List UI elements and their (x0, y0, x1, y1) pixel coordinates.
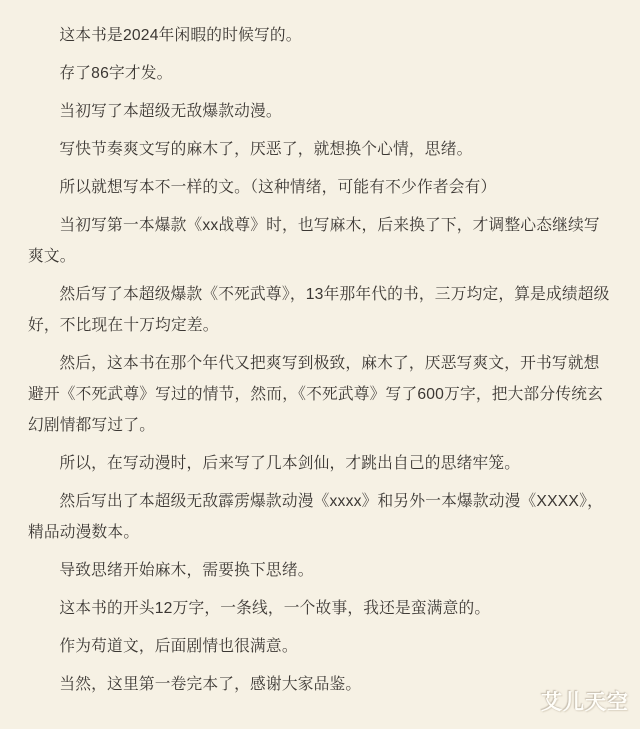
paragraph: 当然，这里第一卷完本了，感谢大家品鉴。 (28, 669, 612, 700)
paragraph: 这本书的开头12万字，一条线，一个故事，我还是蛮满意的。 (28, 593, 612, 624)
paragraph: 所以就想写本不一样的文。（这种情绪，可能有不少作者会有） (28, 172, 612, 203)
paragraph: 然后写了本超级爆款《不死武尊》，13年那年代的书，三万均定，算是成绩超级好，不比… (28, 279, 612, 341)
article-page: 这本书是2024年闲暇的时候写的。存了86字才发。当初写了本超级无敌爆款动漫。写… (0, 0, 640, 700)
article-body: 这本书是2024年闲暇的时候写的。存了86字才发。当初写了本超级无敌爆款动漫。写… (0, 0, 640, 700)
paragraph: 然后写出了本超级无敌霹雳爆款动漫《xxxx》和另外一本爆款动漫《XXXX》，精品… (28, 486, 612, 548)
paragraph: 当初写了本超级无敌爆款动漫。 (28, 96, 612, 127)
watermark: 艾儿天空 (541, 686, 629, 716)
paragraph: 这本书是2024年闲暇的时候写的。 (28, 20, 612, 51)
paragraph: 当初写第一本爆款《xx战尊》时，也写麻木，后来换了下，才调整心态继续写爽文。 (28, 210, 612, 272)
paragraph: 所以，在写动漫时，后来写了几本剑仙，才跳出自己的思绪牢笼。 (28, 448, 612, 479)
paragraph: 导致思绪开始麻木，需要换下思绪。 (28, 555, 612, 586)
paragraph: 写快节奏爽文写的麻木了，厌恶了，就想换个心情，思绪。 (28, 134, 612, 165)
paragraph: 作为苟道文，后面剧情也很满意。 (28, 631, 612, 662)
paragraph: 存了86字才发。 (28, 58, 612, 89)
paragraph: 然后，这本书在那个年代又把爽写到极致，麻木了，厌恶写爽文，开书写就想避开《不死武… (28, 348, 612, 441)
